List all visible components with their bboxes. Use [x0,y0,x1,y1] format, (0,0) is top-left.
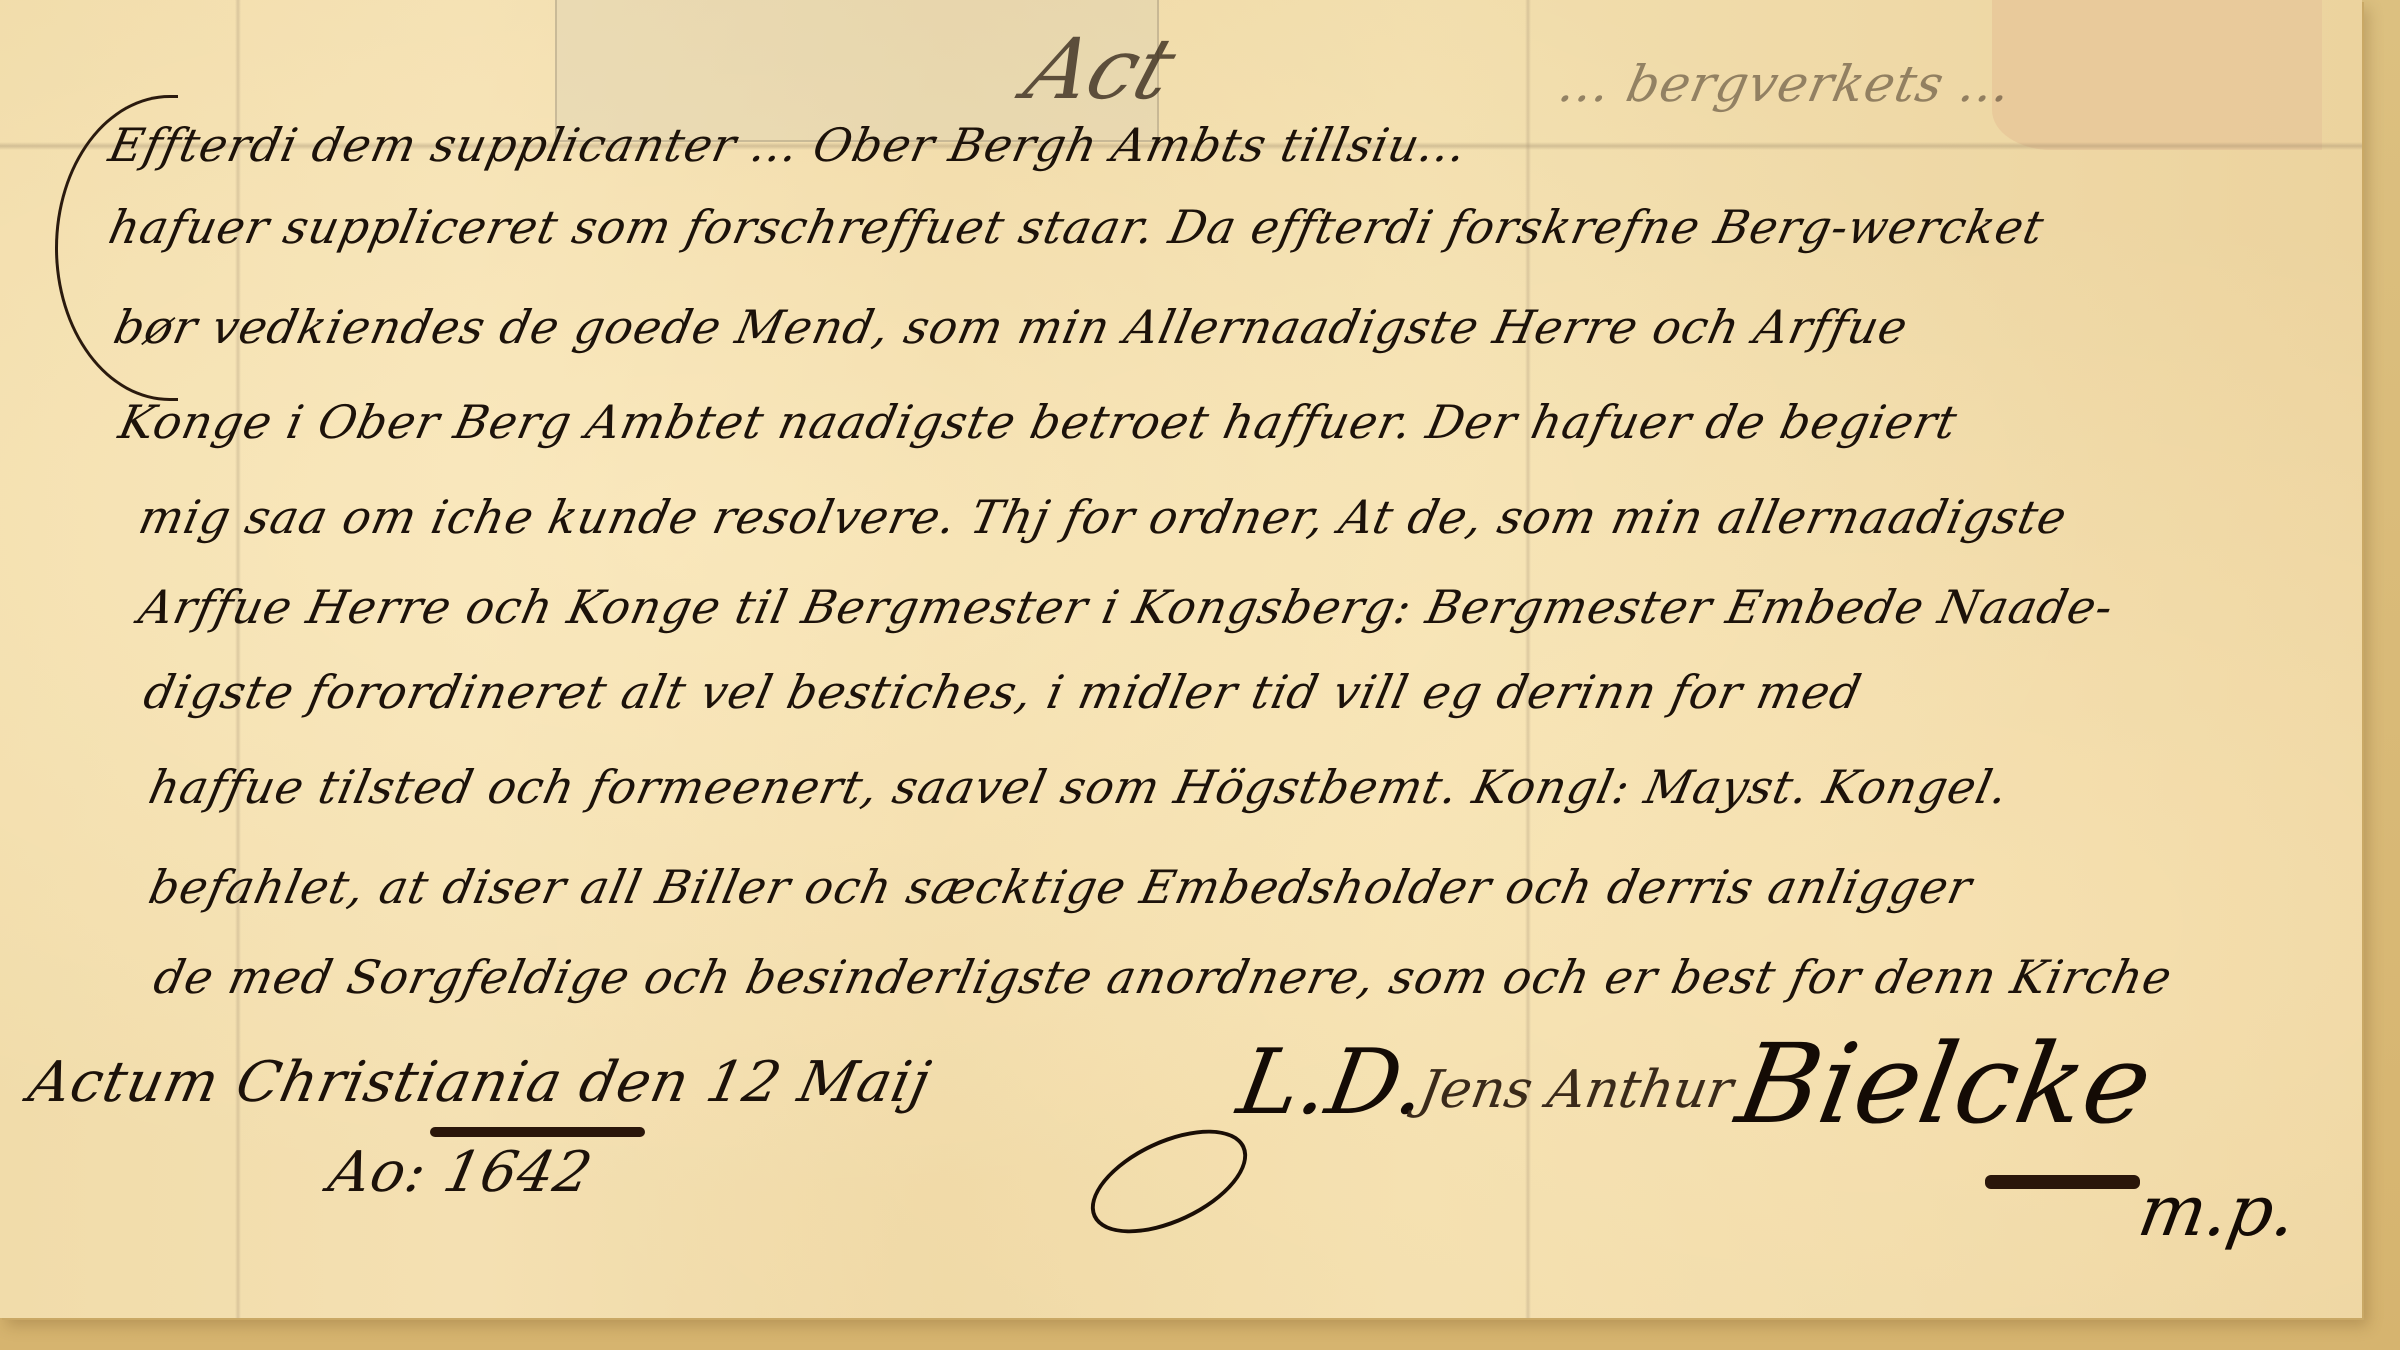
place-date-line: Actum Christiania den 12 Maij [23,1050,936,1115]
document-line-8: haffue tilsted och formeenert, saavel so… [144,760,2013,814]
document-line-7: digste forordineret alt vel bestiches, i… [139,665,1866,719]
document-line-10: de med Sorgfeldige och besinderligste an… [149,950,2177,1004]
date-underline [430,1127,645,1137]
fold-line-vertical-left [235,0,241,1318]
signature-underline [1985,1175,2140,1189]
document-line-2: hafuer suppliceret som forschreffuet sta… [104,200,2049,254]
document-line-6: Arffue Herre och Konge til Bergmester i … [134,580,2118,634]
fold-line-vertical-center [1525,0,1531,1318]
signature-initial: L.D. [1231,1030,1435,1135]
torn-corner [1992,0,2322,150]
signature-surname: Bielcke [1729,1020,2161,1148]
document-line-3: bør vedkiendes de goede Mend, som min Al… [109,300,1913,354]
document-sheet: Act ... bergverkets ... Effterdi dem sup… [0,0,2362,1318]
year-line: Ao: 1642 [323,1140,598,1205]
signature-suffix: m.p. [2133,1170,2303,1252]
document-line-9: befahlet, at diser all Biller och sæckti… [144,860,1977,914]
document-line-1: Effterdi dem supplicanter ... Ober Bergh… [104,118,1472,172]
document-line-5: mig saa om iche kunde resolvere. Thj for… [134,490,2072,544]
header-faded-text: ... bergverkets ... [1554,55,2017,113]
signature-first-name: Jens Anthur [1415,1060,1738,1120]
header-scrawl: Act [1014,20,1187,118]
document-line-4: Konge i Ober Berg Ambtet naadigste betro… [114,395,1962,449]
